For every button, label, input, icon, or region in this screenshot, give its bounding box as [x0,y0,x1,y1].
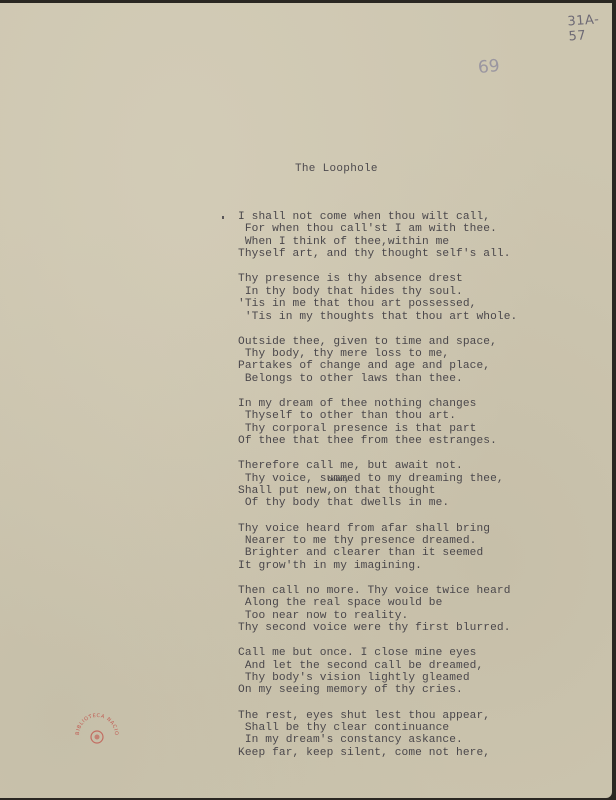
stanza-6: Thy voice heard from afar shall bring Ne… [238,523,517,573]
poem-line: Partakes of change and age and place, [238,360,517,372]
poem-line: Thy corporal presence is that part [238,423,517,435]
poem-line: Thy presence is thy absence drest [238,273,517,285]
archive-reference-annotation: 31A-57 [567,12,613,45]
poem-line: Keep far, keep silent, come not here, [238,747,517,759]
poem-line: Therefore call me, but await not. [238,460,517,472]
poem-line: Outside thee, given to time and space, [238,336,517,348]
poem-line: Thy voice, summed to my dreaming thee, [238,473,517,485]
stanza-7: Then call no more. Thy voice twice heard… [238,585,517,635]
poem-line: Too near now to reality. [238,610,517,622]
stanza-2: Thy presence is thy absence drest In thy… [238,273,517,323]
poem-line: It grow'th in my imagining. [238,560,517,572]
poem-line: The rest, eyes shut lest thou appear, [238,710,517,722]
poem-line: 'Tis in my thoughts that thou art whole. [238,311,517,323]
poem-line: Of thee that thee from thee estranges. [238,435,517,447]
stanza-5: Therefore call me, but await not. Thy vo… [238,460,517,510]
archive-reference-text: 31A-57 [567,12,600,44]
poem-line: Thy second voice were thy first blurred. [238,622,517,634]
poem-title: The Loophole [295,163,378,175]
typescript-page: 31A-57 69 The Loophole I shall not come … [0,3,612,798]
poem-line: Thy body's vision lightly gleamed [238,672,517,684]
poem-line: In my dream's constancy askance. [238,734,517,746]
poem-body: I shall not come when thou wilt call, Fo… [238,211,517,772]
poem-line: Along the real space would be [238,597,517,609]
poem-line: Call me but once. I close mine eyes [238,647,517,659]
poem-line: Thy body, thy mere loss to me, [238,348,517,360]
ink-mark [222,216,224,219]
poem-line: Belongs to other laws than thee. [238,373,517,385]
poem-line: And let the second call be dreamed, [238,660,517,672]
stanza-1: I shall not come when thou wilt call, Fo… [238,211,517,261]
stanza-3: Outside thee, given to time and space, T… [238,336,517,386]
poem-line: When I think of thee,within me [238,236,517,248]
poem-line: For when thou call'st I am with thee. [238,223,517,235]
poem-line: Of thy body that dwells in me. [238,497,517,509]
stanza-8: Call me but once. I close mine eyes And … [238,647,517,697]
poem-line: Thy voice heard from afar shall bring [238,523,517,535]
stamp-text: BIBLIOTECA NACIONAL [73,709,119,736]
svg-text:BIBLIOTECA NACIONAL: BIBLIOTECA NACIONAL [73,709,119,736]
stanza-9: The rest, eyes shut lest thou appear, Sh… [238,710,517,760]
stanza-4: In my dream of thee nothing changes Thys… [238,398,517,448]
poem-line: Shall put new,on that thought [238,485,517,497]
poem-line: I shall not come when thou wilt call, [238,211,517,223]
poem-line: Then call no more. Thy voice twice heard [238,585,517,597]
poem-line: 'Tis in me that thou art possessed, [238,298,517,310]
poem-line: In thy body that hides thy soul. [238,286,517,298]
poem-line: Nearer to me thy presence dreamed. [238,535,517,547]
poem-line: On my seeing memory of thy cries. [238,684,517,696]
handwritten-correction: beauty [328,476,349,483]
poem-line: Shall be thy clear continuance [238,722,517,734]
poem-line: Thyself art, and thy thought self's all. [238,248,517,260]
library-stamp-icon: BIBLIOTECA NACIONAL [73,709,121,749]
poem-line: Thyself to other than thou art. [238,410,517,422]
poem-line: In my dream of thee nothing changes [238,398,517,410]
pencil-page-number: 69 [477,56,501,78]
poem-line: Brighter and clearer than it seemed [238,547,517,559]
